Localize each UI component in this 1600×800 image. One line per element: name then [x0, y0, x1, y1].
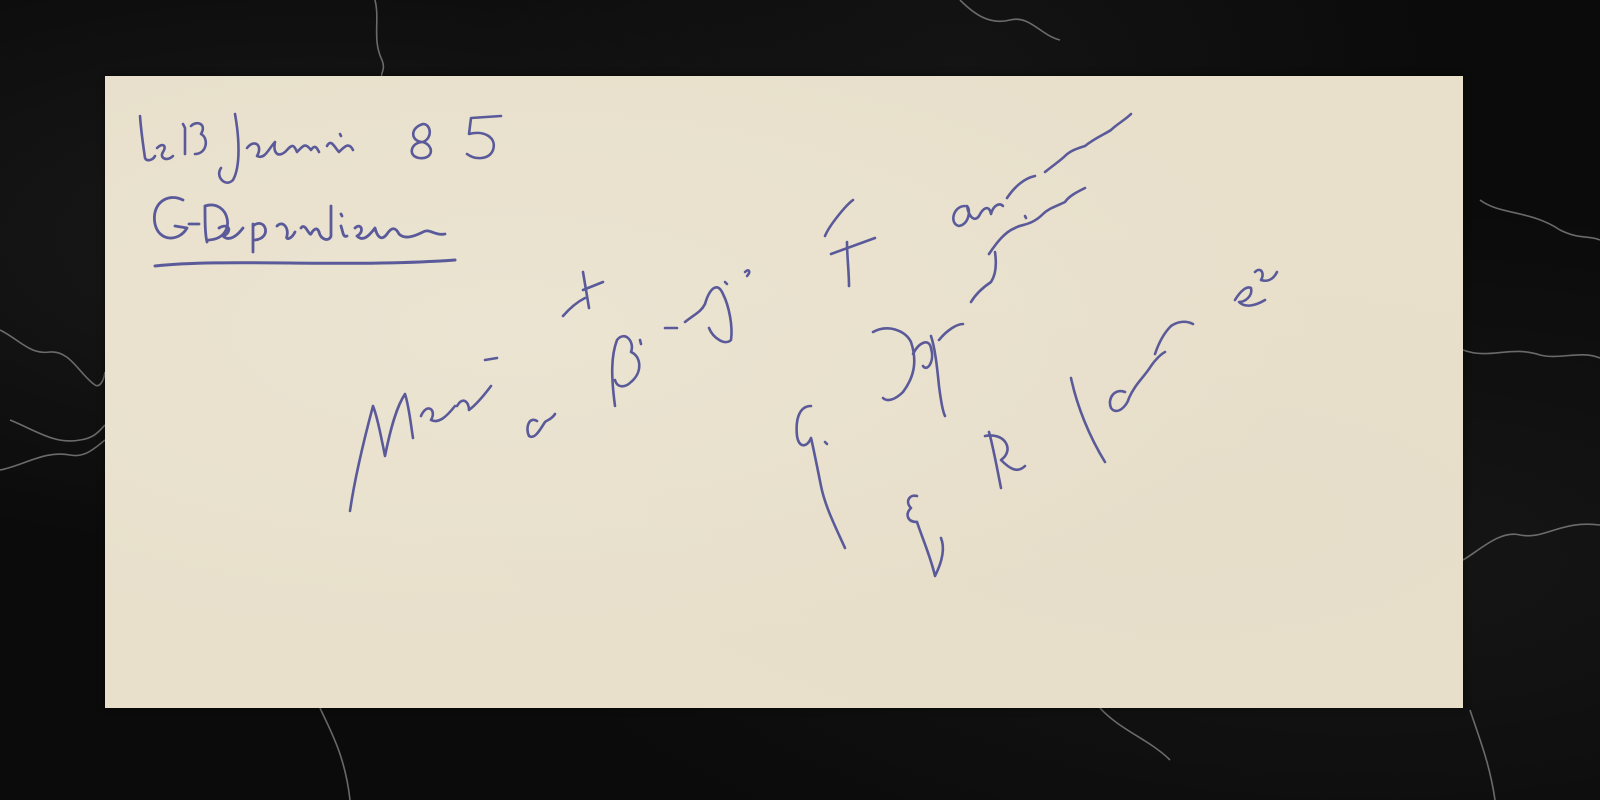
handwriting: [105, 76, 1463, 708]
date-handwriting: [140, 114, 501, 183]
name-handwriting: [154, 197, 455, 266]
autograph-card: le 13 Janvier 85 G. Depardieu Merci et à…: [105, 76, 1463, 708]
inscription-handwriting: [350, 114, 1277, 576]
